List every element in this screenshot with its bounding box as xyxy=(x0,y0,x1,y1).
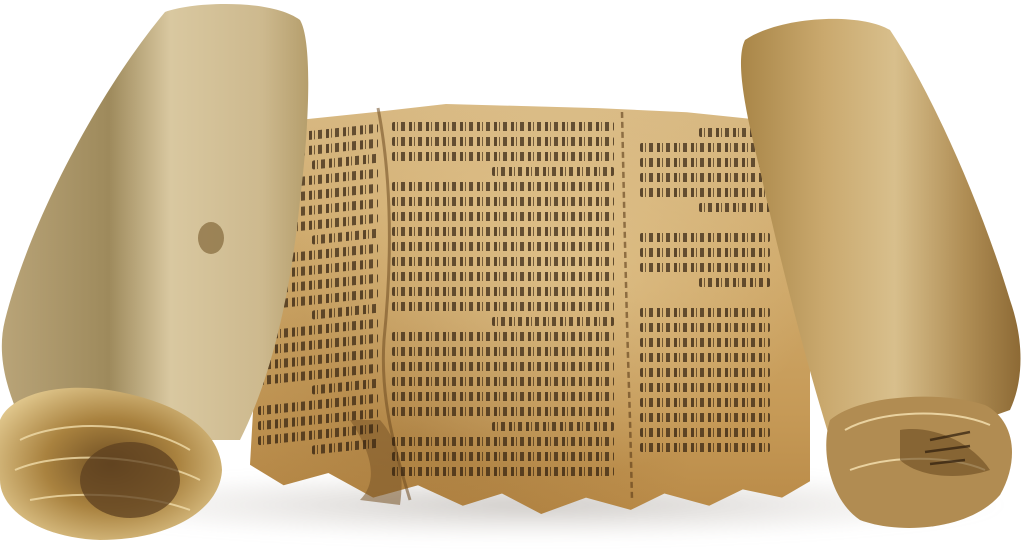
scroll-photo xyxy=(0,0,1024,560)
right-roll xyxy=(0,0,1024,560)
